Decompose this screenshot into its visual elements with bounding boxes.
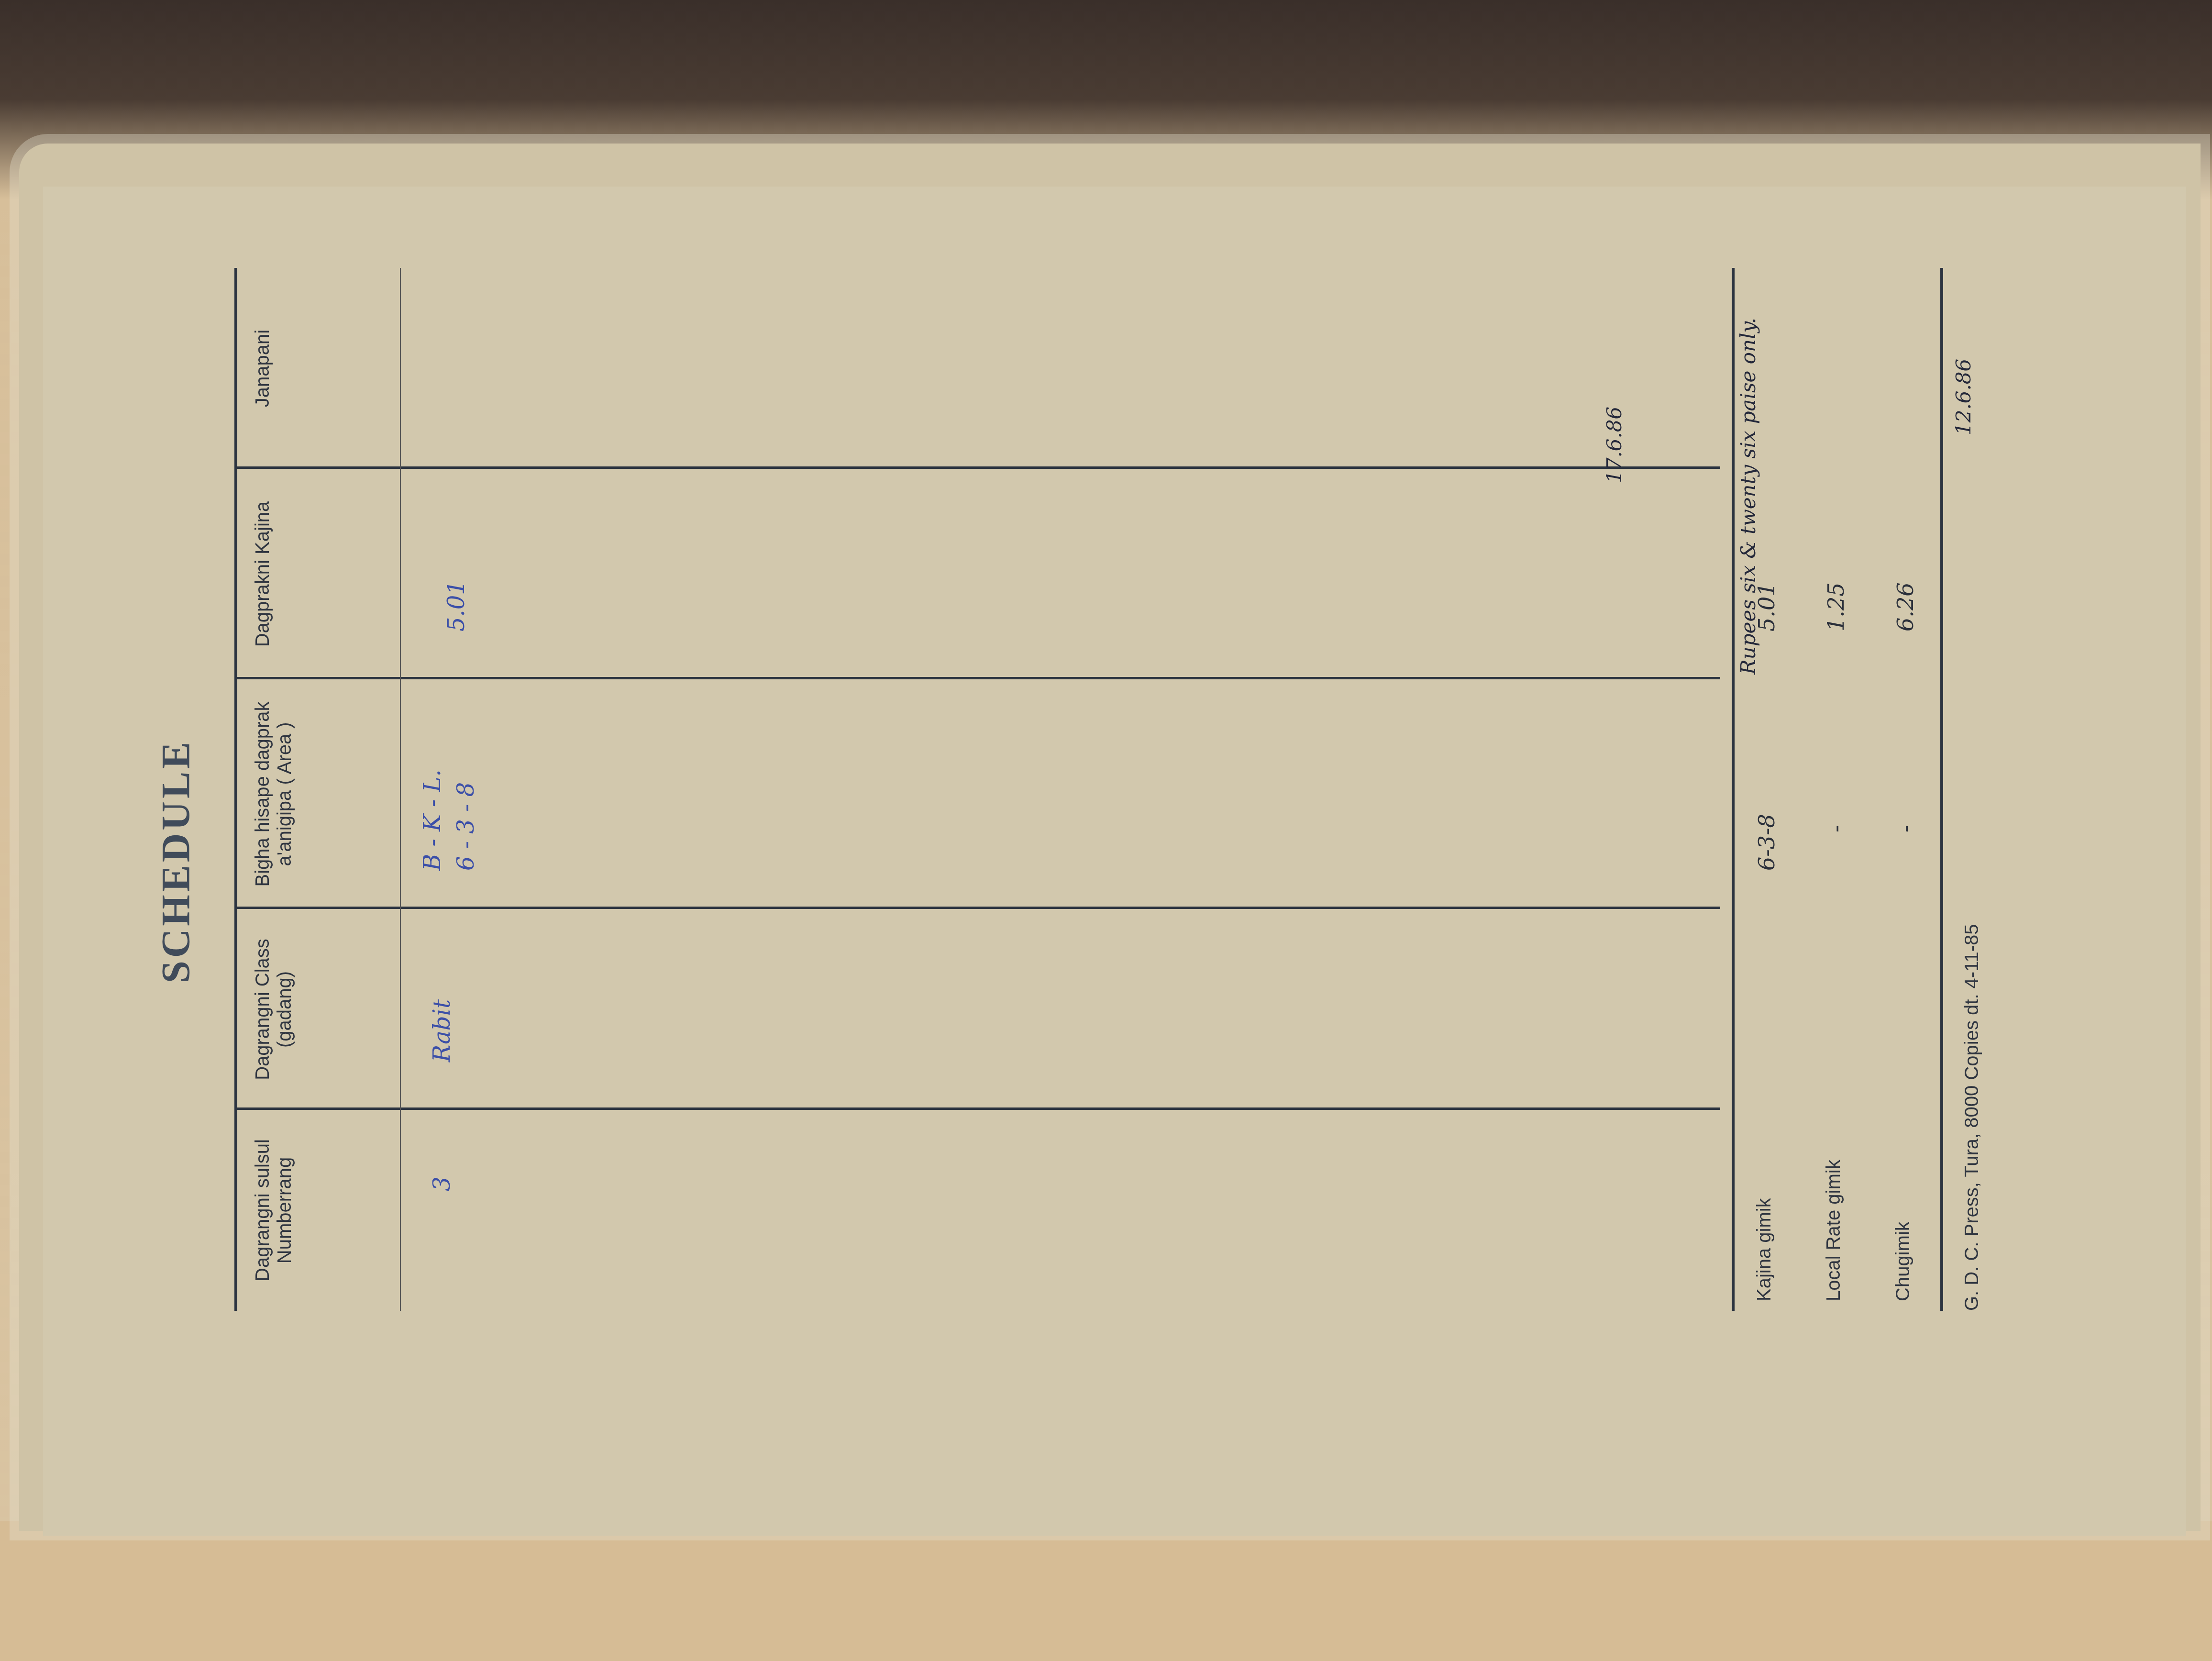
col-header-area: Bigha hisape dagprak a'anigipa ( Area ) <box>237 679 400 909</box>
class-cell: Rabit <box>429 999 455 1062</box>
summary-area: 6-3-8 <box>1754 814 1780 871</box>
summary-value: 1.25 <box>1823 583 1849 631</box>
summary-table: Kajina gimik 6-3-8 5.01 Local Rate gimik… <box>1732 268 1943 1311</box>
signature-date-blue: 12.6.86 <box>1952 359 1975 435</box>
schedule-table: Dagrangni sulsul Numberrang Dagrangni Cl… <box>234 268 1720 1311</box>
summary-value: 6.26 <box>1892 583 1918 631</box>
divider <box>237 677 1720 679</box>
summary-area: - <box>1823 825 1849 832</box>
signature-date-pink: 17.6.86 <box>1603 407 1626 483</box>
schedule-form: SCHEDULE Dagrangni sulsul Numberrang Dag… <box>43 187 2186 1536</box>
summary-area: - <box>1892 825 1918 832</box>
summary-row: Local Rate gimik - 1.25 <box>1804 268 1871 1311</box>
col-header-kajina: Dagprakni Kajina <box>237 469 400 679</box>
divider <box>237 466 1720 469</box>
divider <box>237 907 1720 909</box>
col-header-class: Dagrangni Class (gadang) <box>237 909 400 1110</box>
form-title: SCHEDULE <box>153 187 199 1536</box>
amount-in-words: Rupees six & twenty six paise only. <box>1736 292 1760 675</box>
area-units-cell: B - K - L. <box>419 769 446 871</box>
summary-label: Kajina gimik <box>1754 1198 1775 1301</box>
summary-label: Chugimik <box>1892 1221 1914 1301</box>
summary-label: Local Rate gimik <box>1823 1160 1845 1301</box>
summary-row: Chugimik - 6.26 <box>1873 268 1940 1311</box>
plastic-sleeve: SCHEDULE Dagrangni sulsul Numberrang Dag… <box>19 144 2201 1531</box>
desk-surface <box>0 1521 2212 1661</box>
area-values-cell: 6 - 3 - 8 <box>453 782 479 871</box>
print-footer: G. D. C. Press, Tura, 8000 Copies dt. 4-… <box>1961 924 1983 1311</box>
col-header-serial: Dagrangni sulsul Numberrang <box>237 1110 400 1311</box>
serial-cell: 3 <box>429 1176 455 1191</box>
divider <box>237 1107 1720 1110</box>
col-header-janapani: Janapani <box>237 268 400 469</box>
header-divider <box>400 268 401 1311</box>
kajina-cell: 5.01 <box>443 580 470 631</box>
